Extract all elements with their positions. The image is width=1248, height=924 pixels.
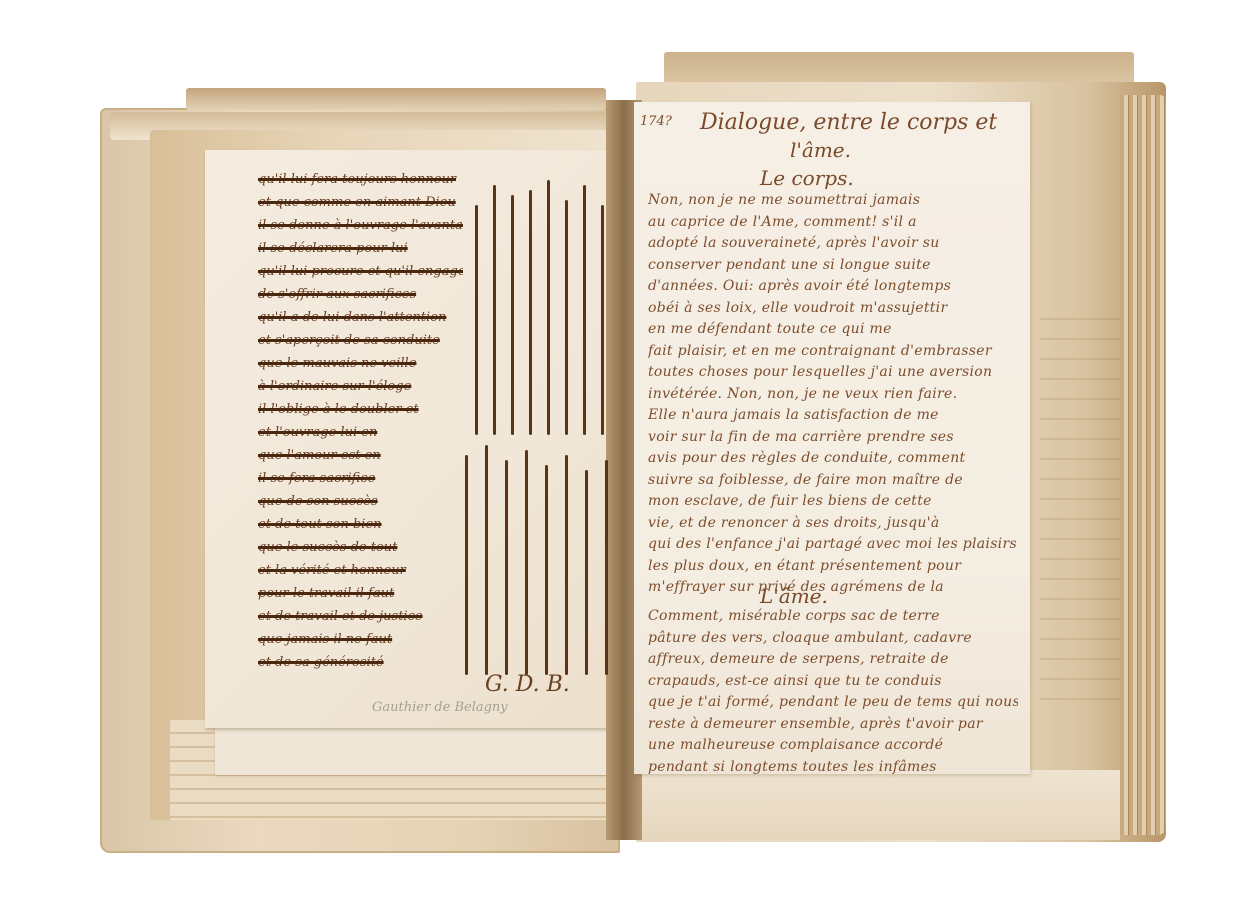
text-line: vie, et de renoncer à ses droits, jusqu'… [648,513,1018,535]
right-page-edges [1120,95,1166,835]
speaker-heading: Le corps. [760,166,854,190]
text-line: d'années. Oui: après avoir été longtemps [648,276,1018,298]
struck-line: que de son succès [258,490,463,513]
right-under-page [640,770,1120,840]
strike-mark [547,180,550,435]
struck-line: et l'ouvrage lui en [258,421,463,444]
text-line: pâture des vers, cloaque ambulant, cadav… [648,628,1018,650]
struck-line: que l'amour est en [258,444,463,467]
strike-mark [601,205,604,435]
struck-line: et s'aperçoit de sa conduite [258,329,463,352]
speaker-heading: L'âme. [760,584,828,608]
text-line: que je t'ai formé, pendant le peu de tem… [648,692,1018,714]
text-line: m'effrayer sur privé des agrémens de la [648,577,1018,599]
text-line: obéi à ses loix, elle voudroit m'assujet… [648,298,1018,320]
text-line: Non, non je ne me soumettrai jamais [648,190,1018,212]
text-line: pendant si longtems toutes les infâmes [648,757,1018,779]
signature-annotation: Gauthier de Belagny [372,700,508,715]
struck-line: à l'ordinaire sur l'éloge [258,375,463,398]
struck-line: et que comme en aimant Dieu [258,191,463,214]
text-line: reste à demeurer ensemble, après t'avoir… [648,714,1018,736]
struck-line: que le mauvais ne veille [258,352,463,375]
strike-mark [505,460,508,675]
struck-line: que le succès de tout [258,536,463,559]
struck-line: il l'oblige à le doubler et [258,398,463,421]
struck-line: pour le travail il faut [258,582,463,605]
text-line: au caprice de l'Ame, comment! s'il a [648,212,1018,234]
text-line: adopté la souveraineté, après l'avoir su [648,233,1018,255]
text-line: qui des l'enfance j'ai partagé avec moi … [648,534,1018,556]
manuscript-photo: 174? Dialogue, entre le corps et l'âme. … [0,0,1248,924]
strike-mark [485,445,488,675]
struck-line: qu'il a de lui dans l'attention [258,306,463,329]
text-line: suivre sa foiblesse, de faire mon maître… [648,470,1018,492]
struck-line: et de travail et de justice [258,605,463,628]
text-line: toutes choses pour lesquelles j'ai une a… [648,362,1018,384]
faint-text-right [1040,300,1120,700]
text-line: conserver pendant une si longue suite [648,255,1018,277]
struck-line: et de tout son bien [258,513,463,536]
text-line: une malheureuse complaisance accordé [648,735,1018,757]
struck-line: et la vérité et honneur [258,559,463,582]
left-top-strip [186,88,606,110]
text-line: avis pour des règles de conduite, commen… [648,448,1018,470]
struck-line: il se donne à l'ouvrage l'avantage [258,214,463,237]
struck-line: il se fera sacrifice [258,467,463,490]
strike-mark [475,205,478,435]
strike-mark [529,190,532,435]
struck-line: que jamais il ne faut [258,628,463,651]
page-title-line2: l'âme. [790,138,851,162]
text-line: les plus doux, en étant présentement pou… [648,556,1018,578]
text-line: Elle n'aura jamais la satisfaction de me [648,405,1018,427]
strike-mark [545,465,548,675]
year-note: 174? [640,114,672,129]
strike-mark [493,185,496,435]
dialogue-body-2: Comment, misérable corps sac de terre pâ… [648,606,1018,778]
strike-mark [605,460,608,675]
strike-mark [565,200,568,435]
struck-line: qu'il lui procure et qu'il engage [258,260,463,283]
text-line: affreux, demeure de serpens, retraite de [648,649,1018,671]
struck-line: et de sa générosité [258,651,463,674]
signature: G. D. B. [485,672,570,697]
text-line: invétérée. Non, non, je ne veux rien fai… [648,384,1018,406]
text-line: voir sur la fin de ma carrière prendre s… [648,427,1018,449]
text-line: Comment, misérable corps sac de terre [648,606,1018,628]
text-line: fait plaisir, et en me contraignant d'em… [648,341,1018,363]
vertical-strikeouts [455,175,625,680]
struck-text-column: qu'il lui fera toujours honneur et que c… [258,168,463,674]
strike-mark [465,455,468,675]
text-line: mon esclave, de fuir les biens de cette [648,491,1018,513]
strike-mark [585,470,588,675]
dialogue-body-1: Non, non je ne me soumettrai jamais au c… [648,190,1018,599]
page-title: Dialogue, entre le corps et [700,110,997,135]
strike-mark [583,185,586,435]
text-line: en me défendant toute ce qui me [648,319,1018,341]
strike-mark [525,450,528,675]
strike-mark [565,455,568,675]
struck-line: qu'il lui fera toujours honneur [258,168,463,191]
text-line: crapauds, est-ce ainsi que tu te conduis [648,671,1018,693]
left-under-page [215,720,615,775]
strike-mark [511,195,514,435]
struck-line: de s'offrir aux sacrifices [258,283,463,306]
struck-line: il se déclarera pour lui [258,237,463,260]
